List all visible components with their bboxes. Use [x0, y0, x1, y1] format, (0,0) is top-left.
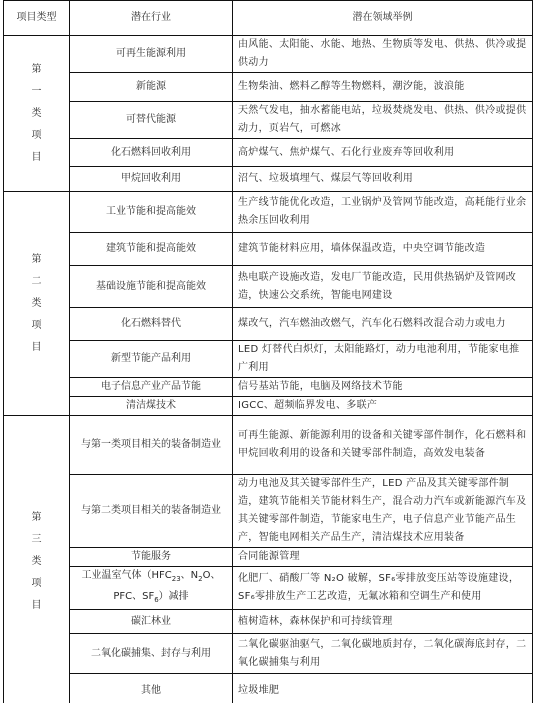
table-row: 工业温室气体（HFC23、N2O、PFC、SF6）减排 化肥厂、硝酸厂等 N₂O… — [4, 567, 533, 610]
examples-cell: 由风能、太阳能、水能、地热、生物质等发电、供热、供冷或提供动力 — [233, 36, 533, 73]
industry-cell: 基础设施节能和提高能效 — [70, 266, 233, 308]
table-row: 建筑节能和提高能效 建筑节能材料应用，墙体保温改造，中央空调节能改造 — [4, 233, 533, 266]
industry-text: 工业温室气体（HFC — [81, 570, 171, 581]
examples-cell: 建筑节能材料应用，墙体保温改造，中央空调节能改造 — [233, 233, 533, 266]
header-potential-industry: 潜在行业 — [70, 1, 233, 36]
group-label-char: 类 — [9, 293, 64, 315]
industry-cell: 建筑节能和提高能效 — [70, 233, 233, 266]
table-row: 可替代能源 天然气发电，抽水蓄能电站，垃圾焚烧发电、供热、供冷或提供动力，页岩气… — [4, 102, 533, 139]
examples-cell: 热电联产设施改造，发电厂节能改造，民用供热锅炉及管网改造，快速公交系统，智能电网… — [233, 266, 533, 308]
header-potential-examples: 潜在领域举例 — [233, 1, 533, 36]
group-label-char: 类 — [9, 551, 64, 573]
table-row: 基础设施节能和提高能效 热电联产设施改造，发电厂节能改造，民用供热锅炉及管网改造… — [4, 266, 533, 308]
industry-text: ）减排 — [159, 591, 189, 602]
group-label-char: 一 — [9, 81, 64, 103]
industry-cell: 碳汇林业 — [70, 610, 233, 634]
industry-text: 、N — [181, 570, 198, 581]
group-label-char: 项 — [9, 315, 64, 337]
group-label-char: 第 — [9, 507, 64, 529]
table-row: 甲烷回收利用 沼气、垃圾填埋气、煤层气等回收利用 — [4, 167, 533, 192]
header-project-type: 项目类型 — [4, 1, 70, 36]
table-row: 清洁煤技术 IGCC、超频临界发电、多联产 — [4, 397, 533, 416]
examples-cell: 高炉煤气、焦炉煤气、石化行业废弃等回收利用 — [233, 139, 533, 167]
examples-cell: 信号基站节能，电脑及网络技术节能 — [233, 378, 533, 397]
examples-cell: 生产线节能优化改造，工业锅炉及管网节能改造，高耗能行业余热余压回收利用 — [233, 192, 533, 233]
examples-cell: LED 灯替代白炽灯，太阳能路灯，动力电池利用，节能家电推广利用 — [233, 341, 533, 378]
group-label-char: 项 — [9, 573, 64, 595]
industry-cell: 化石燃料回收利用 — [70, 139, 233, 167]
table-row: 新能源 生物柴油、燃料乙醇等生物燃料，潮汐能，波浪能 — [4, 73, 533, 102]
industry-cell: 化石燃料替代 — [70, 308, 233, 341]
examples-cell: 可再生能源、新能源利用的设备和关键零部件制作，化石燃料和甲烷回收利用的设备和关键… — [233, 416, 533, 475]
industry-cell: 其他 — [70, 674, 233, 703]
examples-cell: 化肥厂、硝酸厂等 N₂O 破解，SF₆零排放变压站等设施建设，SF₆零排放生产工… — [233, 567, 533, 610]
group-label-char: 二 — [9, 271, 64, 293]
examples-cell: 煤改气，汽车燃油改燃气，汽车化石燃料改混合动力或电力 — [233, 308, 533, 341]
industry-cell: 新型节能产品利用 — [70, 341, 233, 378]
industry-cell: 可替代能源 — [70, 102, 233, 139]
table-row: 新型节能产品利用 LED 灯替代白炽灯，太阳能路灯，动力电池利用，节能家电推广利… — [4, 341, 533, 378]
group-label-category-3: 第 三 类 项 目 — [4, 416, 70, 703]
examples-cell: 合同能源管理 — [233, 548, 533, 567]
examples-cell: 天然气发电，抽水蓄能电站，垃圾焚烧发电、供热、供冷或提供动力，页岩气，可燃冰 — [233, 102, 533, 139]
table-row: 节能服务 合同能源管理 — [4, 548, 533, 567]
group-label-category-2: 第 二 类 项 目 — [4, 192, 70, 416]
group-label-category-1: 第 一 类 项 目 — [4, 36, 70, 192]
group-label-char: 目 — [9, 337, 64, 359]
examples-cell: 沼气、垃圾填埋气、煤层气等回收利用 — [233, 167, 533, 192]
project-category-table: 项目类型 潜在行业 潜在领域举例 第 一 类 项 目 可再生能源利用 由风能、太… — [3, 0, 533, 703]
industry-cell: 新能源 — [70, 73, 233, 102]
table-row: 第 二 类 项 目 工业节能和提高能效 生产线节能优化改造，工业锅炉及管网节能改… — [4, 192, 533, 233]
industry-cell: 与第一类项目相关的装备制造业 — [70, 416, 233, 475]
group-label-char: 目 — [9, 595, 64, 617]
examples-cell: 二氧化碳驱油驱气，二氧化碳地质封存，二氧化碳海底封存，二氧化碳捕集与利用 — [233, 634, 533, 674]
industry-cell: 清洁煤技术 — [70, 397, 233, 416]
table-row: 化石燃料回收利用 高炉煤气、焦炉煤气、石化行业废弃等回收利用 — [4, 139, 533, 167]
table-header-row: 项目类型 潜在行业 潜在领域举例 — [4, 1, 533, 36]
group-label-char: 类 — [9, 103, 64, 125]
industry-cell: 甲烷回收利用 — [70, 167, 233, 192]
examples-cell: 垃圾堆肥 — [233, 674, 533, 703]
group-label-char: 项 — [9, 125, 64, 147]
industry-cell: 与第二类项目相关的装备制造业 — [70, 475, 233, 548]
industry-cell: 节能服务 — [70, 548, 233, 567]
table-row: 碳汇林业 植树造林，森林保护和可持续管理 — [4, 610, 533, 634]
table-row: 与第二类项目相关的装备制造业 动力电池及其关键零部件生产，LED 产品及其关键零… — [4, 475, 533, 548]
table-row: 其他 垃圾堆肥 — [4, 674, 533, 703]
examples-cell: IGCC、超频临界发电、多联产 — [233, 397, 533, 416]
table-row: 二氧化碳捕集、封存与利用 二氧化碳驱油驱气，二氧化碳地质封存，二氧化碳海底封存，… — [4, 634, 533, 674]
industry-cell: 二氧化碳捕集、封存与利用 — [70, 634, 233, 674]
industry-cell: 工业节能和提高能效 — [70, 192, 233, 233]
group-label-char: 第 — [9, 59, 64, 81]
table-row: 第 三 类 项 目 与第一类项目相关的装备制造业 可再生能源、新能源利用的设备和… — [4, 416, 533, 475]
examples-cell: 植树造林，森林保护和可持续管理 — [233, 610, 533, 634]
examples-cell: 动力电池及其关键零部件生产，LED 产品及其关键零部件制造，建筑节能相关节能材料… — [233, 475, 533, 548]
group-label-char: 第 — [9, 249, 64, 271]
industry-cell: 工业温室气体（HFC23、N2O、PFC、SF6）减排 — [70, 567, 233, 610]
group-label-char: 目 — [9, 147, 64, 169]
table-row: 电子信息产业产品节能 信号基站节能，电脑及网络技术节能 — [4, 378, 533, 397]
subscript: 23 — [172, 575, 181, 583]
table-row: 化石燃料替代 煤改气，汽车燃油改燃气，汽车化石燃料改混合动力或电力 — [4, 308, 533, 341]
group-label-char: 三 — [9, 529, 64, 551]
examples-cell: 生物柴油、燃料乙醇等生物燃料，潮汐能，波浪能 — [233, 73, 533, 102]
industry-cell: 可再生能源利用 — [70, 36, 233, 73]
industry-cell: 电子信息产业产品节能 — [70, 378, 233, 397]
table-row: 第 一 类 项 目 可再生能源利用 由风能、太阳能、水能、地热、生物质等发电、供… — [4, 36, 533, 73]
